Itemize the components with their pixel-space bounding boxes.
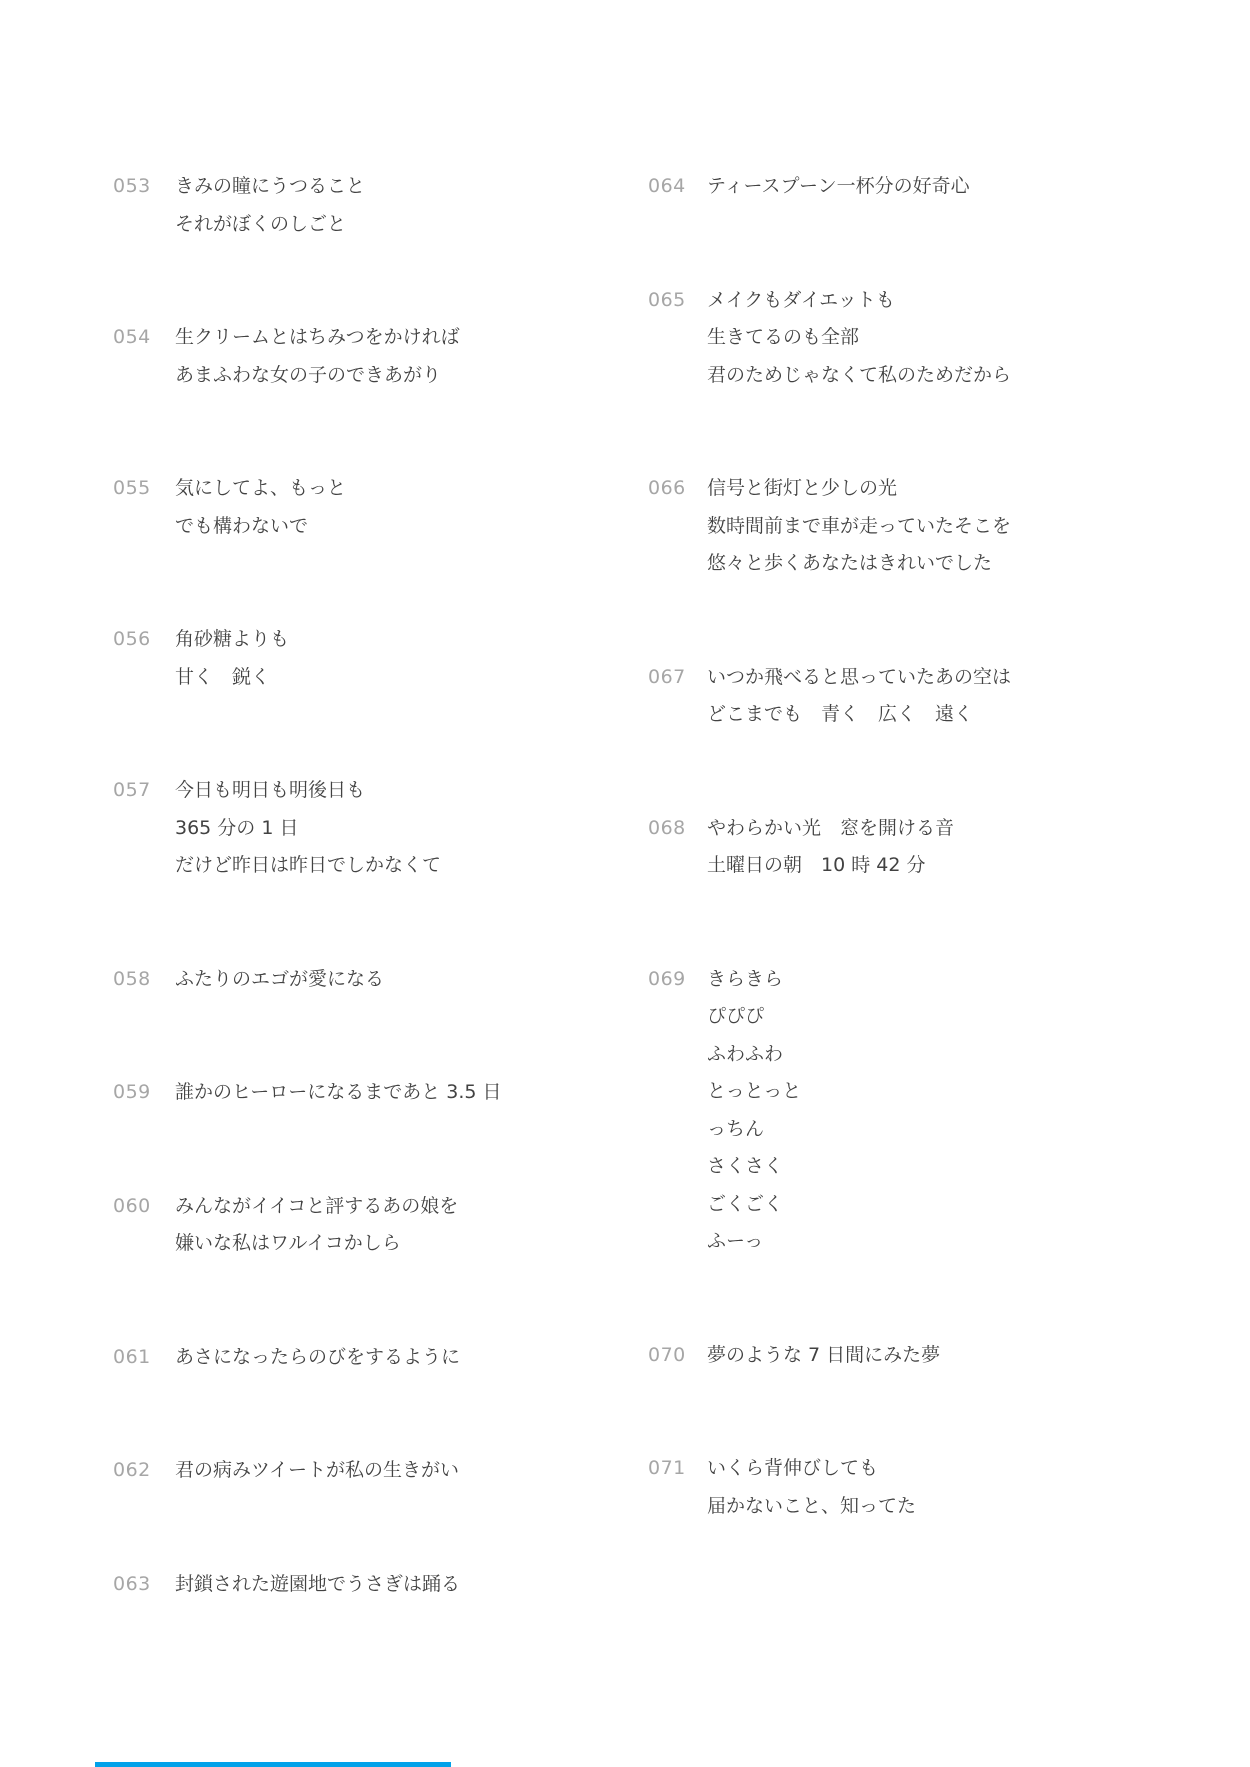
entry-lines: 君の病みツイートが私の生きがい	[175, 1452, 459, 1490]
entry-line: みんながイイコと評するあの娘を	[175, 1188, 458, 1226]
entry-lines: あさになったらのびをするように	[175, 1339, 460, 1377]
entry-lines: いくら背伸びしても届かないこと、知ってた	[707, 1450, 916, 1525]
entry-line: 365 分の 1 日	[175, 810, 441, 848]
entry-number: 061	[113, 1339, 175, 1377]
entry-lines: 今日も明日も明後日も365 分の 1 日だけど昨日は昨日でしかなくて	[175, 772, 441, 885]
bottom-progress-bar	[95, 1762, 451, 1767]
entry-lines: メイクもダイエットも生きてるのも全部君のためじゃなくて私のためだから	[707, 282, 1011, 395]
entry-line: ふわふわ	[707, 1036, 801, 1074]
entry-number: 071	[648, 1450, 707, 1488]
entry: 071いくら背伸びしても届かないこと、知ってた	[648, 1450, 1011, 1525]
entry: 058ふたりのエゴが愛になる	[113, 961, 502, 999]
entry-line: 角砂糖よりも	[175, 621, 289, 659]
entry-line: 誰かのヒーローになるまであと 3.5 日	[175, 1074, 502, 1112]
entry-lines: きらきらぴぴぴふわふわとっとっとっちんさくさくごくごくふーっ	[707, 961, 801, 1261]
entry-line: ティースプーン一杯分の好奇心	[707, 168, 970, 206]
entry-lines: 角砂糖よりも甘く 鋭く	[175, 621, 289, 696]
entry-lines: 封鎖された遊園地でうさぎは踊る	[175, 1566, 460, 1604]
entry: 066信号と街灯と少しの光数時間前まで車が走っていたそこを悠々と歩くあなたはきれ…	[648, 470, 1011, 583]
entry-line: 夢のような 7 日間にみた夢	[707, 1337, 940, 1375]
entry-line: 封鎖された遊園地でうさぎは踊る	[175, 1566, 460, 1604]
entry-lines: きみの瞳にうつることそれがぼくのしごと	[175, 168, 365, 243]
entry: 053きみの瞳にうつることそれがぼくのしごと	[113, 168, 502, 243]
left-column: 053きみの瞳にうつることそれがぼくのしごと054生クリームとはちみつをかければ…	[113, 168, 502, 1679]
entry-lines: やわらかい光 窓を開ける音土曜日の朝 10 時 42 分	[707, 810, 954, 885]
entry-line: さくさく	[707, 1148, 801, 1186]
entry-line: きらきら	[707, 961, 801, 999]
entry-line: メイクもダイエットも	[707, 282, 1011, 320]
entry: 063封鎖された遊園地でうさぎは踊る	[113, 1566, 502, 1604]
entry-lines: いつか飛べると思っていたあの空はどこまでも 青く 広く 遠く	[707, 659, 1011, 734]
entry-line: ふたりのエゴが愛になる	[175, 961, 384, 999]
entry-line: っちん	[707, 1111, 801, 1149]
entry: 055気にしてよ、もっとでも構わないで	[113, 470, 502, 545]
entry-line: だけど昨日は昨日でしかなくて	[175, 847, 441, 885]
entry-lines: 誰かのヒーローになるまであと 3.5 日	[175, 1074, 502, 1112]
entry-number: 062	[113, 1452, 175, 1490]
entry: 062君の病みツイートが私の生きがい	[113, 1452, 502, 1490]
right-column: 064ティースプーン一杯分の好奇心065メイクもダイエットも生きてるのも全部君の…	[648, 168, 1011, 1601]
entry-line: 信号と街灯と少しの光	[707, 470, 1011, 508]
entry-line: それがぼくのしごと	[175, 206, 365, 244]
entry-line: 今日も明日も明後日も	[175, 772, 441, 810]
entry-number: 056	[113, 621, 175, 659]
entry-line: 悠々と歩くあなたはきれいでした	[707, 545, 1011, 583]
entry-lines: 気にしてよ、もっとでも構わないで	[175, 470, 346, 545]
entry-lines: ふたりのエゴが愛になる	[175, 961, 384, 999]
entry-number: 069	[648, 961, 707, 999]
entry-line: とっとっと	[707, 1073, 801, 1111]
entry: 054生クリームとはちみつをかければあまふわな女の子のできあがり	[113, 319, 502, 394]
entry-number: 059	[113, 1074, 175, 1112]
entry-line: 届かないこと、知ってた	[707, 1488, 916, 1526]
entry-number: 058	[113, 961, 175, 999]
entry-line: きみの瞳にうつること	[175, 168, 365, 206]
entry-number: 068	[648, 810, 707, 848]
entry: 060みんながイイコと評するあの娘を嫌いな私はワルイコかしら	[113, 1188, 502, 1263]
entry: 059誰かのヒーローになるまであと 3.5 日	[113, 1074, 502, 1112]
entry-line: やわらかい光 窓を開ける音	[707, 810, 954, 848]
entry-number: 060	[113, 1188, 175, 1226]
entry-line: 気にしてよ、もっと	[175, 470, 346, 508]
entry: 064ティースプーン一杯分の好奇心	[648, 168, 1011, 206]
entry-line: 君のためじゃなくて私のためだから	[707, 357, 1011, 395]
entry-number: 070	[648, 1337, 707, 1375]
entry-line: ごくごく	[707, 1186, 801, 1224]
entry-line: でも構わないで	[175, 508, 346, 546]
entry: 067いつか飛べると思っていたあの空はどこまでも 青く 広く 遠く	[648, 659, 1011, 734]
entry-number: 066	[648, 470, 707, 508]
entry-lines: 信号と街灯と少しの光数時間前まで車が走っていたそこを悠々と歩くあなたはきれいでし…	[707, 470, 1011, 583]
entry-line: いつか飛べると思っていたあの空は	[707, 659, 1011, 697]
entry-lines: 夢のような 7 日間にみた夢	[707, 1337, 940, 1375]
entry-line: 嫌いな私はワルイコかしら	[175, 1225, 458, 1263]
entry-number: 057	[113, 772, 175, 810]
entry: 056角砂糖よりも甘く 鋭く	[113, 621, 502, 696]
entry-line: 生きてるのも全部	[707, 319, 1011, 357]
entry-line: 君の病みツイートが私の生きがい	[175, 1452, 459, 1490]
entry-lines: 生クリームとはちみつをかければあまふわな女の子のできあがり	[175, 319, 460, 394]
entry-line: 土曜日の朝 10 時 42 分	[707, 847, 954, 885]
entry: 065メイクもダイエットも生きてるのも全部君のためじゃなくて私のためだから	[648, 282, 1011, 395]
entry-number: 055	[113, 470, 175, 508]
poem-list-page: 053きみの瞳にうつることそれがぼくのしごと054生クリームとはちみつをかければ…	[0, 0, 1250, 1767]
entry-number: 063	[113, 1566, 175, 1604]
entry-number: 065	[648, 282, 707, 320]
entry-line: あさになったらのびをするように	[175, 1339, 460, 1377]
entry: 069きらきらぴぴぴふわふわとっとっとっちんさくさくごくごくふーっ	[648, 961, 1011, 1261]
entry-line: 甘く 鋭く	[175, 659, 289, 697]
entry-lines: みんながイイコと評するあの娘を嫌いな私はワルイコかしら	[175, 1188, 458, 1263]
entry-line: 数時間前まで車が走っていたそこを	[707, 508, 1011, 546]
entry: 061あさになったらのびをするように	[113, 1339, 502, 1377]
entry-line: ふーっ	[707, 1223, 801, 1261]
entry: 068やわらかい光 窓を開ける音土曜日の朝 10 時 42 分	[648, 810, 1011, 885]
entry-line: ぴぴぴ	[707, 998, 801, 1036]
entry-number: 064	[648, 168, 707, 206]
entry-lines: ティースプーン一杯分の好奇心	[707, 168, 970, 206]
entry-line: どこまでも 青く 広く 遠く	[707, 696, 1011, 734]
entry-line: 生クリームとはちみつをかければ	[175, 319, 460, 357]
entry-line: いくら背伸びしても	[707, 1450, 916, 1488]
entry: 057今日も明日も明後日も365 分の 1 日だけど昨日は昨日でしかなくて	[113, 772, 502, 885]
entry-line: あまふわな女の子のできあがり	[175, 357, 460, 395]
entry-number: 067	[648, 659, 707, 697]
entry: 070夢のような 7 日間にみた夢	[648, 1337, 1011, 1375]
entry-number: 053	[113, 168, 175, 206]
entry-number: 054	[113, 319, 175, 357]
